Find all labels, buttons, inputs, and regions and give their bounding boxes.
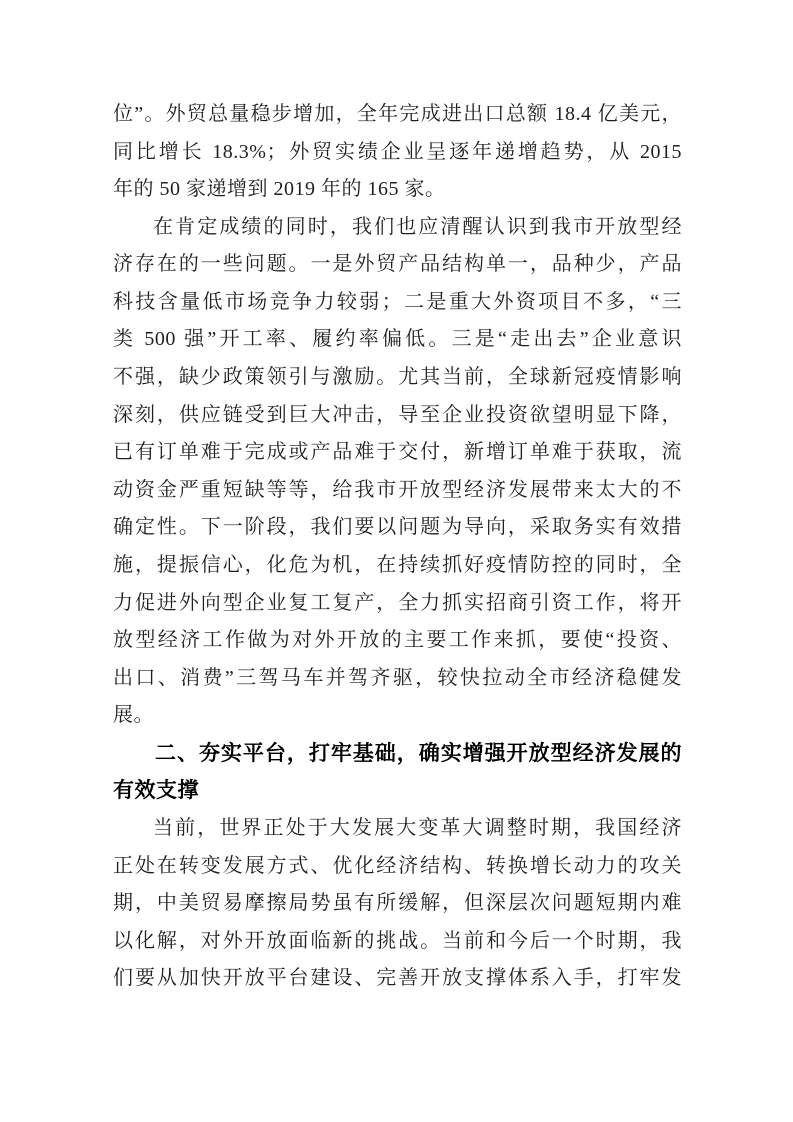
document-page: 位”。外贸总量稳步增加，全年完成进出口总额 18.4 亿美元， 同比增长 18.… [0,0,793,1122]
text-line: 正处在转变发展方式、优化经济结构、转换增长动力的攻关 [113,848,682,886]
text-line: 展。 [113,697,682,735]
text-line: 以化解，对外开放面临新的挑战。当前和今后一个时期，我 [113,923,682,961]
text-line: 动资金严重短缺等等，给我市开放型经济发展带来太大的不 [113,472,682,510]
text-line: 同比增长 18.3%；外贸实绩企业呈逐年递增趋势，从 2015 [113,134,682,172]
text-line: 已有订单难于完成或产品难于交付，新增订单难于获取，流 [113,434,682,472]
text-line: 当前，世界正处于大发展大变革大调整时期，我国经济 [113,810,682,848]
section-heading-line: 二、夯实平台，打牢基础，确实增强开放型经济发展的 [113,735,682,773]
text-line: 力促进外向型企业复工复产，全力抓实招商引资工作，将开 [113,585,682,623]
text-line: 们要从加快开放平台建设、完善开放支撑体系入手，打牢发 [113,960,682,998]
text-line: 期，中美贸易摩擦局势虽有所缓解，但深层次问题短期内难 [113,885,682,923]
text-line: 科技含量低市场竞争力较弱；二是重大外资项目不多，“三 [113,284,682,322]
text-line: 不强，缺少政策领引与激励。尤其当前，全球新冠疫情影响 [113,359,682,397]
text-line: 放型经济工作做为对外开放的主要工作来抓，要使“投资、 [113,622,682,660]
text-line: 位”。外贸总量稳步增加，全年完成进出口总额 18.4 亿美元， [113,96,682,134]
text-line: 类 500 强”开工率、履约率偏低。三是“走出去”企业意识 [113,321,682,359]
text-line: 在肯定成绩的同时，我们也应清醒认识到我市开放型经 [113,209,682,247]
section-heading-line: 有效支撑 [113,772,682,810]
text-line: 出口、消费”三驾马车并驾齐驱，较快拉动全市经济稳健发 [113,660,682,698]
text-line: 年的 50 家递增到 2019 年的 165 家。 [113,171,682,209]
text-line: 深刻，供应链受到巨大冲击，导至企业投资欲望明显下降， [113,397,682,435]
text-line: 济存在的一些问题。一是外贸产品结构单一，品种少，产品 [113,246,682,284]
text-block: 位”。外贸总量稳步增加，全年完成进出口总额 18.4 亿美元， 同比增长 18.… [113,96,682,998]
text-line: 确定性。下一阶段，我们要以问题为导向，采取务实有效措 [113,509,682,547]
text-line: 施，提振信心，化危为机，在持续抓好疫情防控的同时，全 [113,547,682,585]
